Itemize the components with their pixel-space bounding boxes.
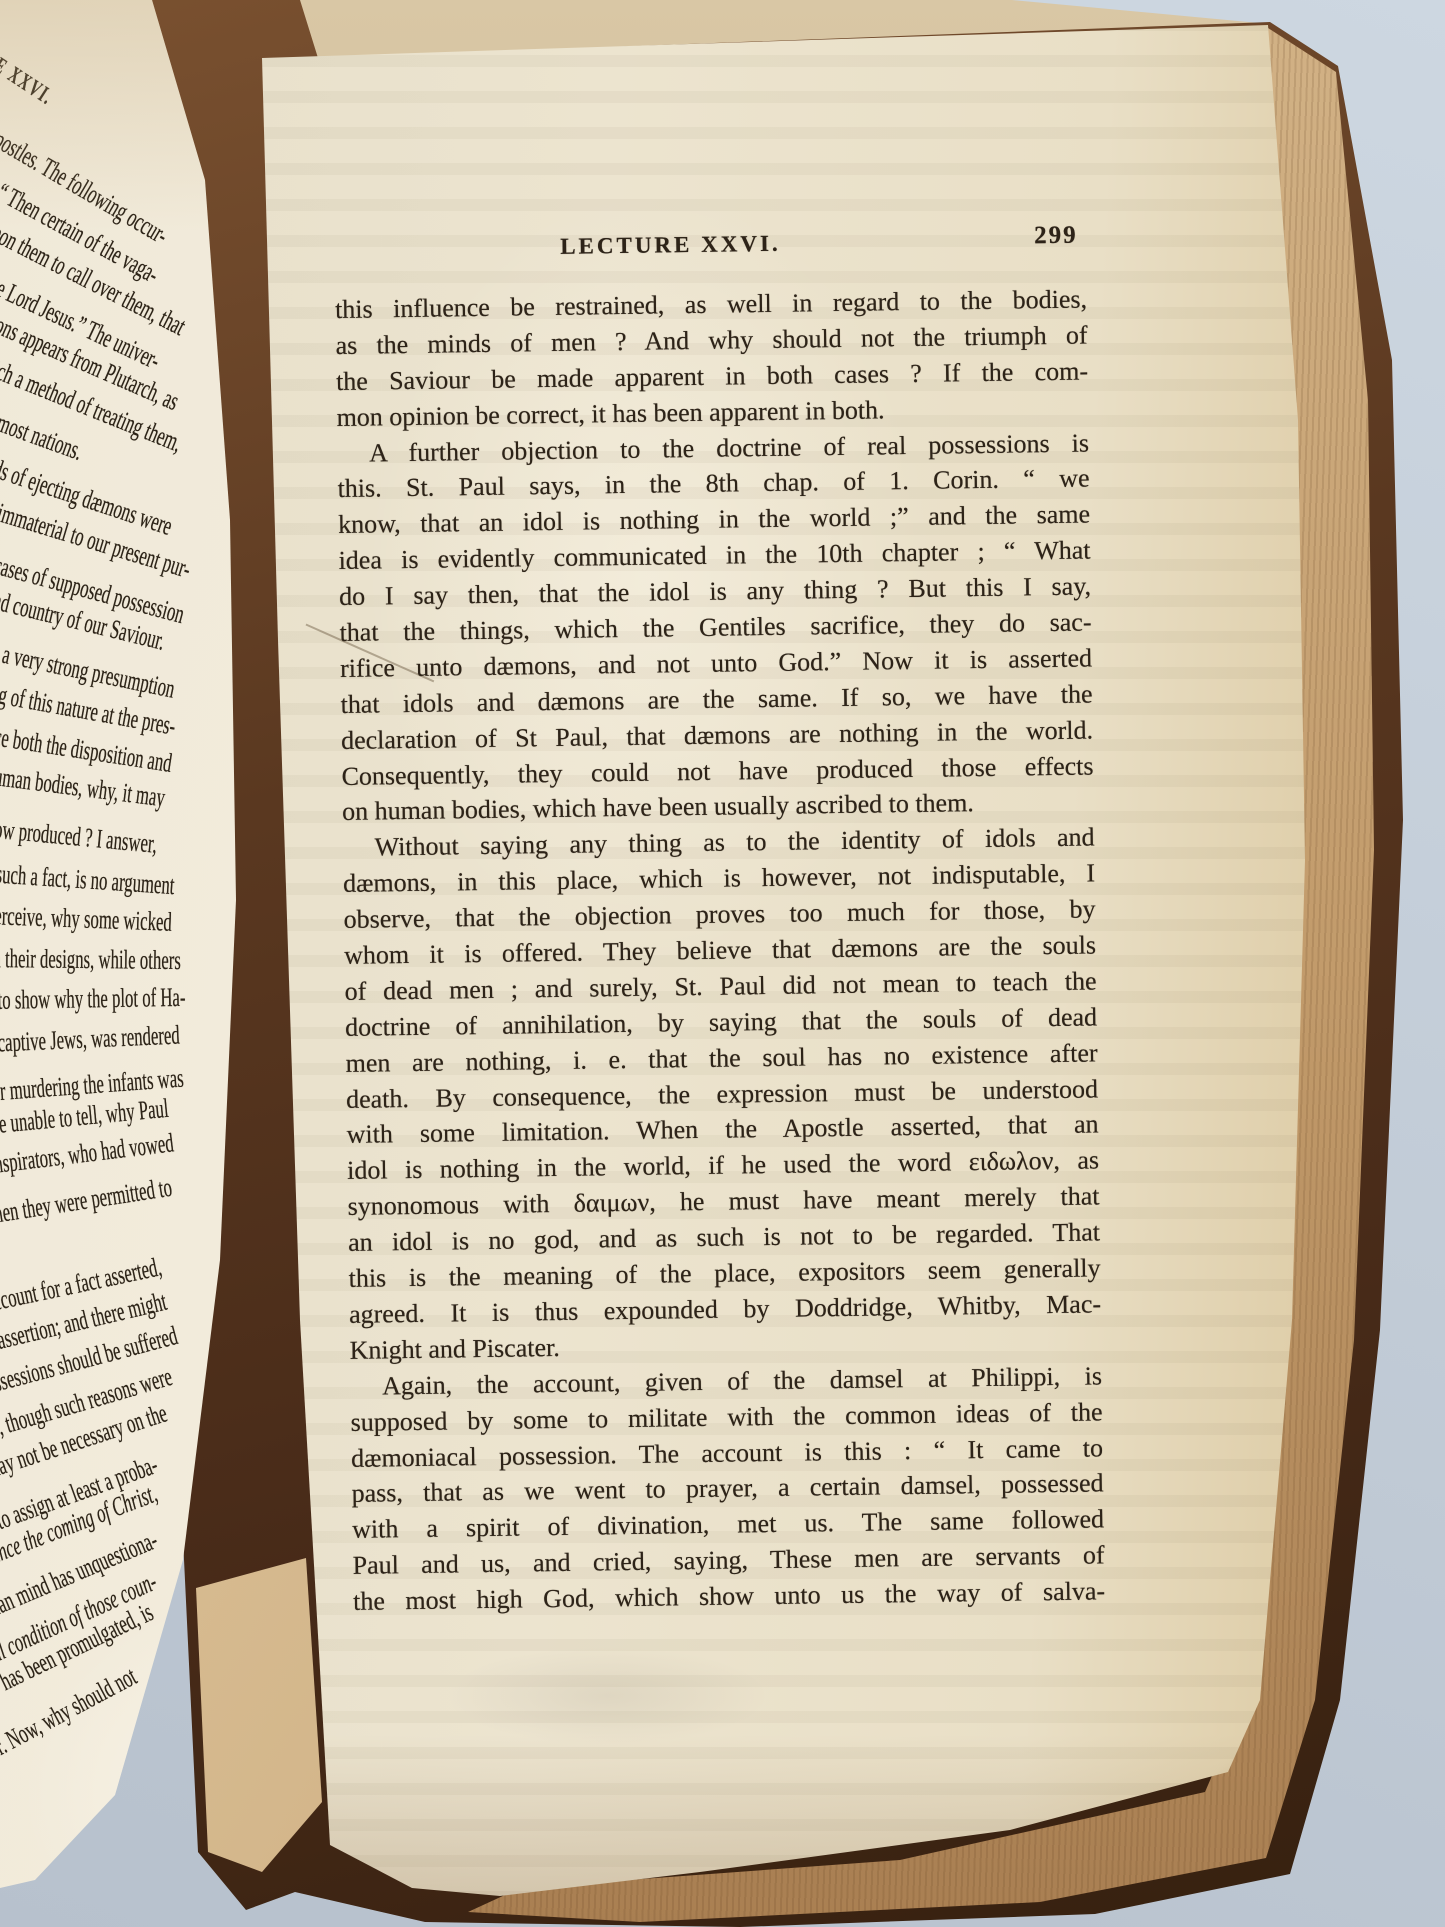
- book-photo: RE XXVI.Apostles. The following occur-s,…: [0, 0, 1445, 1927]
